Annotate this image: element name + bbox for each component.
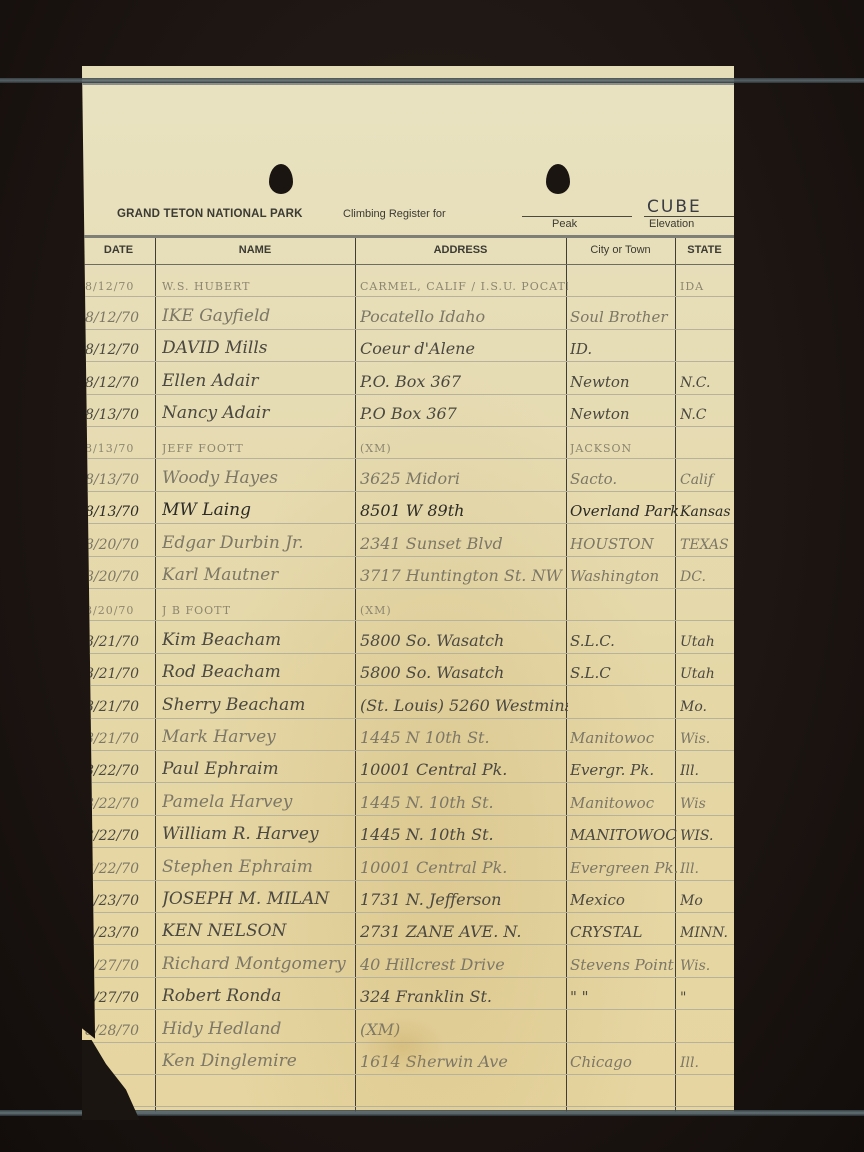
entry-state: Ill. bbox=[680, 1055, 734, 1071]
entry-address: 3625 Midori bbox=[360, 469, 568, 488]
entry-date: 8/13/70 bbox=[85, 504, 157, 520]
glass-edge-top bbox=[0, 78, 864, 83]
entry-state: Mo. bbox=[680, 699, 734, 715]
entry-address: 5800 So. Wasatch bbox=[360, 631, 568, 650]
entry-city: ID. bbox=[570, 340, 678, 358]
header-state: STATE bbox=[675, 244, 734, 256]
table-row: 8/13/70Woody Hayes3625 MidoriSacto.Calif bbox=[82, 458, 734, 491]
entry-address: P.O Box 367 bbox=[360, 404, 568, 423]
entry-city: Washington bbox=[570, 567, 678, 585]
table-header: DATE NAME ADDRESS City or Town STATE bbox=[82, 238, 734, 265]
entry-address: 3717 Huntington St. NW bbox=[360, 566, 568, 585]
entry-address: P.O. Box 367 bbox=[360, 372, 568, 391]
entry-state: Utah bbox=[680, 634, 734, 650]
entry-date: 8/21/70 bbox=[85, 666, 157, 682]
table-row: 8/21/70Rod Beacham5800 So. WasatchS.L.CU… bbox=[82, 653, 734, 686]
entry-address: 10001 Central Pk. bbox=[360, 760, 568, 779]
entry-date: 8/13/70 bbox=[85, 442, 157, 455]
entry-address: Pocatello Idaho bbox=[360, 307, 568, 326]
entry-city: CRYSTAL bbox=[570, 923, 678, 941]
table-row: 8/13/70Nancy AdairP.O Box 367NewtonN.C bbox=[82, 394, 734, 427]
table-row bbox=[82, 1074, 734, 1107]
entry-address: 324 Franklin St. bbox=[360, 987, 568, 1006]
entry-date: 8/27/70 bbox=[85, 990, 157, 1006]
entry-state: DC. bbox=[680, 569, 734, 585]
entry-date: 8/27/70 bbox=[85, 958, 157, 974]
entry-state: N.C. bbox=[680, 375, 734, 391]
entry-state: IDA bbox=[680, 280, 734, 293]
table-row: 8/12/70Ellen AdairP.O. Box 367NewtonN.C. bbox=[82, 361, 734, 394]
entry-date: 8/21/70 bbox=[85, 731, 157, 747]
climbing-register-sheet: GRAND TETON NATIONAL PARK Climbing Regis… bbox=[82, 66, 734, 1112]
entry-date: 8/21/70 bbox=[85, 699, 157, 715]
entry-city: Mexico bbox=[570, 891, 678, 909]
entry-state: Calif bbox=[680, 472, 734, 488]
entry-date: 8/22/70 bbox=[85, 763, 157, 779]
peak-value: CUBE bbox=[647, 197, 702, 217]
entry-date: 8/20/70 bbox=[85, 604, 157, 617]
entry-address: (St. Louis) 5260 Westminster Pl. bbox=[360, 696, 568, 715]
entry-address: 1731 N. Jefferson bbox=[360, 890, 568, 909]
table-row: 8/27/70Robert Ronda324 Franklin St." "" bbox=[82, 977, 734, 1010]
entry-date: 8/13/70 bbox=[85, 407, 157, 423]
entry-city: Evergreen Pk. bbox=[570, 859, 678, 877]
entry-address: 40 Hillcrest Drive bbox=[360, 955, 568, 974]
table-row: 8/12/70IKE GayfieldPocatello IdahoSoul B… bbox=[82, 296, 734, 329]
entry-address: 5800 So. Wasatch bbox=[360, 663, 568, 682]
entry-date: 8/20/70 bbox=[85, 537, 157, 553]
entry-city: Sacto. bbox=[570, 470, 678, 488]
entry-date: 8/28/70 bbox=[85, 1023, 157, 1039]
table-row: 8/22/70William R. Harvey1445 N. 10th St.… bbox=[82, 815, 734, 848]
entry-date: 8/20/70 bbox=[85, 569, 157, 585]
entry-city: S.L.C. bbox=[570, 632, 678, 650]
entry-state: Wis bbox=[680, 796, 734, 812]
entry-state: Mo bbox=[680, 893, 734, 909]
water-stain bbox=[357, 1016, 447, 1076]
table-row: 8/22/70Stephen Ephraim10001 Central Pk.E… bbox=[82, 847, 734, 880]
entry-date: 8/12/70 bbox=[85, 280, 157, 293]
elevation-label: Elevation bbox=[649, 218, 694, 230]
entry-address: (XM) bbox=[360, 442, 568, 455]
peak-underline bbox=[522, 216, 632, 217]
table-row: 8/21/70Mark Harvey1445 N 10th St.Manitow… bbox=[82, 718, 734, 751]
entry-city: Manitowoc bbox=[570, 794, 678, 812]
entry-state: WIS. bbox=[680, 828, 734, 844]
park-title: GRAND TETON NATIONAL PARK bbox=[117, 208, 303, 220]
entry-address: Coeur d'Alene bbox=[360, 339, 568, 358]
table-row: 8/21/70Sherry Beacham(St. Louis) 5260 We… bbox=[82, 685, 734, 718]
entry-city: Newton bbox=[570, 405, 678, 423]
entry-state: Kansas bbox=[680, 504, 734, 520]
table-row: 8/22/70Paul Ephraim10001 Central Pk.Ever… bbox=[82, 750, 734, 783]
entry-date: 8/12/70 bbox=[85, 375, 157, 391]
header-date: DATE bbox=[82, 244, 155, 256]
header-name: NAME bbox=[155, 244, 355, 256]
entry-city: MANITOWOC bbox=[570, 826, 678, 844]
register-label: Climbing Register for bbox=[343, 208, 446, 220]
entry-date: 8/22/70 bbox=[85, 861, 157, 877]
table-row: 8/20/70Karl Mautner3717 Huntington St. N… bbox=[82, 556, 734, 589]
entry-city: HOUSTON bbox=[570, 535, 678, 553]
entry-city: Chicago bbox=[570, 1053, 678, 1071]
punch-hole-left bbox=[269, 164, 293, 194]
entry-state: Ill. bbox=[680, 763, 734, 779]
entry-city: JACKSON bbox=[570, 442, 678, 455]
entry-address: 2731 ZANE AVE. N. bbox=[360, 922, 568, 941]
entry-address: 1445 N. 10th St. bbox=[360, 825, 568, 844]
table-row: 8/12/70W.S. HUBERTCARMEL, CALIF / I.S.U.… bbox=[82, 264, 734, 297]
peak-label: Peak bbox=[552, 218, 577, 230]
table-row: 8/23/70KEN NELSON2731 ZANE AVE. N.CRYSTA… bbox=[82, 912, 734, 945]
entry-address: CARMEL, CALIF / I.S.U. POCATELLO, bbox=[360, 280, 568, 293]
table-row: 8/13/70JEFF FOOTT(XM)JACKSON bbox=[82, 426, 734, 459]
entry-state: Ill. bbox=[680, 861, 734, 877]
entry-city: Evergr. Pk. bbox=[570, 761, 678, 779]
entry-address: 1445 N. 10th St. bbox=[360, 793, 568, 812]
punch-hole-right bbox=[546, 164, 570, 194]
table-row: 8/13/70MW Laing8501 W 89thOverland ParkK… bbox=[82, 491, 734, 524]
entry-date: 8/21/70 bbox=[85, 634, 157, 650]
table-row: 8/23/70JOSEPH M. MILAN1731 N. JeffersonM… bbox=[82, 880, 734, 913]
entry-date: 8/23/70 bbox=[85, 925, 157, 941]
entry-city: Soul Brother bbox=[570, 308, 678, 326]
entry-city: Overland Park bbox=[570, 502, 678, 520]
entry-state: MINN. bbox=[680, 925, 734, 941]
entry-date: 8/23/70 bbox=[85, 893, 157, 909]
entry-address: 1445 N 10th St. bbox=[360, 728, 568, 747]
entry-city: Manitowoc bbox=[570, 729, 678, 747]
entry-state: " bbox=[680, 990, 734, 1006]
table-row: 8/20/70Edgar Durbin Jr.2341 Sunset BlvdH… bbox=[82, 523, 734, 556]
entry-address: 8501 W 89th bbox=[360, 501, 568, 520]
entry-address: 10001 Central Pk. bbox=[360, 858, 568, 877]
table-row: 8/21/70Kim Beacham5800 So. WasatchS.L.C.… bbox=[82, 620, 734, 653]
entry-state: Utah bbox=[680, 666, 734, 682]
entry-state: TEXAS bbox=[680, 537, 734, 553]
entry-state: N.C bbox=[680, 407, 734, 423]
register-table: DATE NAME ADDRESS City or Town STATE 8/1… bbox=[82, 235, 734, 1112]
entry-city: S.L.C bbox=[570, 664, 678, 682]
table-row: 8/27/70Richard Montgomery40 Hillcrest Dr… bbox=[82, 944, 734, 977]
entry-date: 8/22/70 bbox=[85, 828, 157, 844]
table-row: 8/20/70J B FOOTT(XM) bbox=[82, 588, 734, 621]
entry-state: Wis. bbox=[680, 958, 734, 974]
table-row: 8/22/70Pamela Harvey1445 N. 10th St.Mani… bbox=[82, 782, 734, 815]
entry-city: Stevens Point bbox=[570, 956, 678, 974]
header-city: City or Town bbox=[566, 244, 675, 256]
entry-state: Wis. bbox=[680, 731, 734, 747]
entry-address: (XM) bbox=[360, 604, 568, 617]
header-address: ADDRESS bbox=[355, 244, 566, 256]
entry-city: Newton bbox=[570, 373, 678, 391]
entry-date: 8/12/70 bbox=[85, 342, 157, 358]
entry-city: " " bbox=[570, 988, 678, 1006]
entry-date: 8/12/70 bbox=[85, 310, 157, 326]
entry-date: 8/13/70 bbox=[85, 472, 157, 488]
table-row: 8/12/70DAVID MillsCoeur d'AleneID. bbox=[82, 329, 734, 362]
entry-date: 8/22/70 bbox=[85, 796, 157, 812]
entry-address: 2341 Sunset Blvd bbox=[360, 534, 568, 553]
